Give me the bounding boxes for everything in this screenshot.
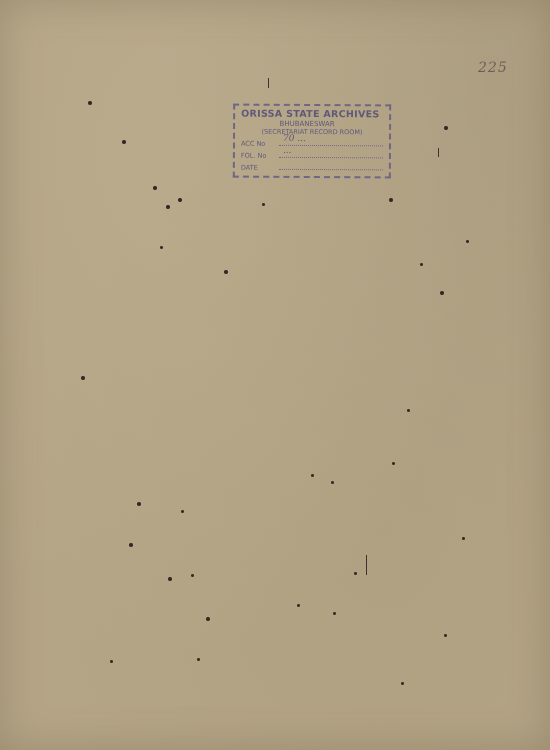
paper-fiber-mark (438, 148, 439, 157)
stamp-date-line: DATE (241, 161, 383, 174)
paper-speck (129, 543, 133, 547)
paper-speck (160, 246, 163, 249)
paper-speck (297, 604, 300, 607)
paper-speck (333, 612, 336, 615)
date-value-field (279, 161, 383, 171)
document-page: 225 ORISSA STATE ARCHIVES BHUBANESWAR (S… (0, 0, 550, 750)
paper-fiber-mark (268, 78, 269, 88)
paper-speck (389, 198, 393, 202)
paper-speck (122, 140, 126, 144)
paper-speck (81, 376, 85, 380)
page-number: 225 (478, 60, 508, 76)
acc-value: 70 ... (283, 134, 306, 144)
fol-value-field: ... (279, 149, 383, 159)
paper-speck (206, 617, 210, 621)
paper-speck (407, 409, 410, 412)
paper-speck (354, 572, 357, 575)
paper-speck (440, 291, 444, 295)
paper-speck (462, 537, 465, 540)
stamp-room: (SECRETARIAT RECORD ROOM) (241, 128, 383, 138)
paper-fiber-mark (366, 555, 367, 575)
paper-speck (191, 574, 194, 577)
paper-speck (88, 101, 92, 105)
paper-speck (311, 474, 314, 477)
stamp-title: ORISSA STATE ARCHIVES (241, 109, 383, 121)
paper-speck (224, 270, 228, 274)
paper-speck (137, 502, 141, 506)
paper-speck (401, 682, 404, 685)
stamp-acc-line: ACC No 70 ... (241, 137, 383, 150)
paper-speck (153, 186, 157, 190)
paper-speck (181, 510, 184, 513)
fol-value: ... (283, 146, 292, 156)
stamp-fol-line: FOL. No ... (241, 149, 383, 162)
paper-speck (444, 126, 448, 130)
paper-speck (197, 658, 200, 661)
paper-speck (331, 481, 334, 484)
date-label: DATE (241, 163, 279, 173)
paper-speck (466, 240, 469, 243)
archive-stamp: ORISSA STATE ARCHIVES BHUBANESWAR (SECRE… (233, 104, 391, 179)
paper-speck (178, 198, 182, 202)
paper-speck (444, 634, 447, 637)
paper-speck (166, 205, 170, 209)
acc-label: ACC No (241, 139, 279, 149)
paper-speck (110, 660, 113, 663)
paper-speck (420, 263, 423, 266)
fol-label: FOL. No (241, 151, 279, 161)
paper-speck (262, 203, 265, 206)
paper-speck (168, 577, 172, 581)
paper-speck (392, 462, 395, 465)
acc-value-field: 70 ... (279, 137, 383, 147)
